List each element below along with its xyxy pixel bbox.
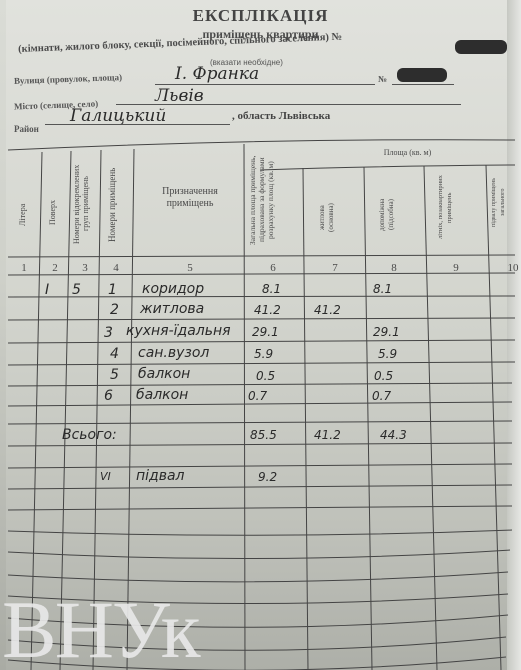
cell-room-number: 3 xyxy=(104,325,113,341)
colnum-5: 5 xyxy=(180,262,200,274)
colnum-7: 7 xyxy=(325,262,345,274)
cell-aux: 0.5 xyxy=(374,369,393,383)
colnum-6: 6 xyxy=(263,262,283,274)
cell-purpose: житлова xyxy=(140,301,204,317)
colnum-8: 8 xyxy=(384,262,404,274)
cell-room-number: 5 xyxy=(110,367,119,383)
cell-total: 5.9 xyxy=(254,347,273,361)
colnum-9: 9 xyxy=(446,262,466,274)
cell-aux: 8.1 xyxy=(373,282,392,296)
colnum-1: 1 xyxy=(14,262,34,274)
total-area: 85.5 xyxy=(250,428,277,442)
total-label: Всього: xyxy=(62,427,117,443)
cell-aux: 0.7 xyxy=(372,389,391,403)
colnum-10: 10 xyxy=(503,262,521,274)
cell-purpose: балкон xyxy=(138,366,190,382)
total-living: 41.2 xyxy=(314,428,341,442)
total-aux: 44.3 xyxy=(380,428,407,442)
header-purpose: Призначення приміщень xyxy=(140,186,240,210)
header-aux-area: допоміжна (підсобна) xyxy=(378,185,408,245)
header-group-numbers: Номери відокремлених груп приміщень xyxy=(72,158,98,250)
header-total-area: Загальна площа приміщень, підрахована за… xyxy=(248,150,298,250)
cell-purpose: сан.вузол xyxy=(138,345,209,361)
cell-room-number: 4 xyxy=(110,346,119,362)
basement-purpose: підвал xyxy=(136,468,185,484)
colnum-3: 3 xyxy=(75,262,95,274)
cell-purpose: коридор xyxy=(142,281,204,297)
cell-total: 29.1 xyxy=(252,325,279,339)
cell-room-number: 2 xyxy=(110,302,119,318)
cell-room-number: 6 xyxy=(104,388,113,404)
cell-total: 0.7 xyxy=(248,389,267,403)
cell-purpose: балкон xyxy=(136,387,188,403)
header-liter: Літера xyxy=(18,185,34,245)
header-area-group: Площа (кв. м) xyxy=(305,148,510,157)
cell-aux: 29.1 xyxy=(373,325,400,339)
cell-liter: І xyxy=(45,282,49,298)
header-summer-area: літніх, позаквартирних приміщень xyxy=(436,170,472,245)
basement-total: 9.2 xyxy=(258,470,277,484)
cell-room-number: 1 xyxy=(108,282,117,298)
colnum-4: 4 xyxy=(106,262,126,274)
header-living-area: житлова (основна) xyxy=(318,190,348,245)
cell-floor: 5 xyxy=(72,282,81,298)
cell-total: 41.2 xyxy=(254,303,281,317)
cell-aux: 5.9 xyxy=(378,347,397,361)
basement-number: VI xyxy=(100,470,111,483)
cell-total: 8.1 xyxy=(262,282,281,296)
cell-purpose: кухня-їдальня xyxy=(126,323,231,339)
header-room-numbers: Номери приміщень xyxy=(108,160,126,250)
header-basement-area: підвалу приміщень загального xyxy=(490,165,510,240)
colnum-2: 2 xyxy=(45,262,65,274)
header-floor: Поверх xyxy=(48,180,64,245)
watermark-logo: ВНУк xyxy=(2,590,199,670)
cell-total: 0.5 xyxy=(256,369,275,383)
cell-living: 41.2 xyxy=(314,303,341,317)
